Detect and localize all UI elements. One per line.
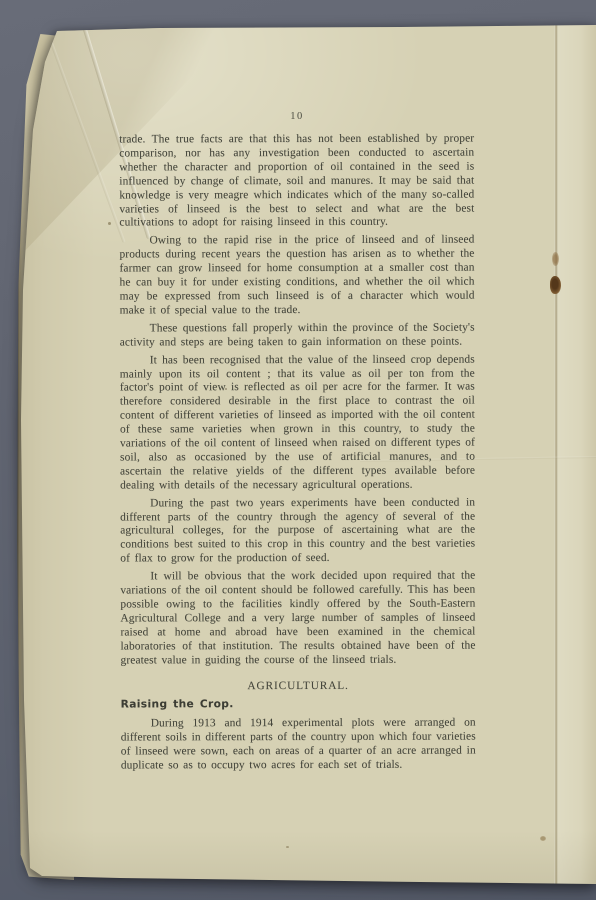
next-leaf-edge (558, 24, 596, 886)
foxing-stain-small (552, 252, 559, 266)
paper-speck (108, 222, 111, 225)
paragraph: During the past two years experiments ha… (120, 496, 475, 566)
paragraph: Owing to the rapid rise in the price of … (119, 234, 474, 318)
photo-background: 10 trade. The true facts are that this h… (0, 0, 596, 900)
paper-speck (286, 846, 289, 848)
section-heading: AGRICULTURAL. (121, 679, 476, 694)
page-text: trade. The true facts are that this has … (119, 133, 476, 778)
paragraph: trade. The true facts are that this has … (119, 133, 474, 231)
page-number: 10 (120, 111, 474, 122)
paragraph: These questions fall properly within the… (120, 321, 475, 350)
paragraph: During 1913 and 1914 experimental plots … (121, 717, 476, 774)
paragraph: It has been recognised that the value of… (120, 353, 475, 493)
paragraph: It will be obvious that the work decided… (120, 570, 475, 668)
foxing-stain (550, 276, 561, 294)
book-page: 10 trade. The true facts are that this h… (0, 0, 596, 900)
subsection-heading: Raising the Crop. (121, 698, 476, 713)
page-shadow-wrap: 10 trade. The true facts are that this h… (0, 0, 596, 900)
foxing-stain-tiny (540, 836, 546, 841)
